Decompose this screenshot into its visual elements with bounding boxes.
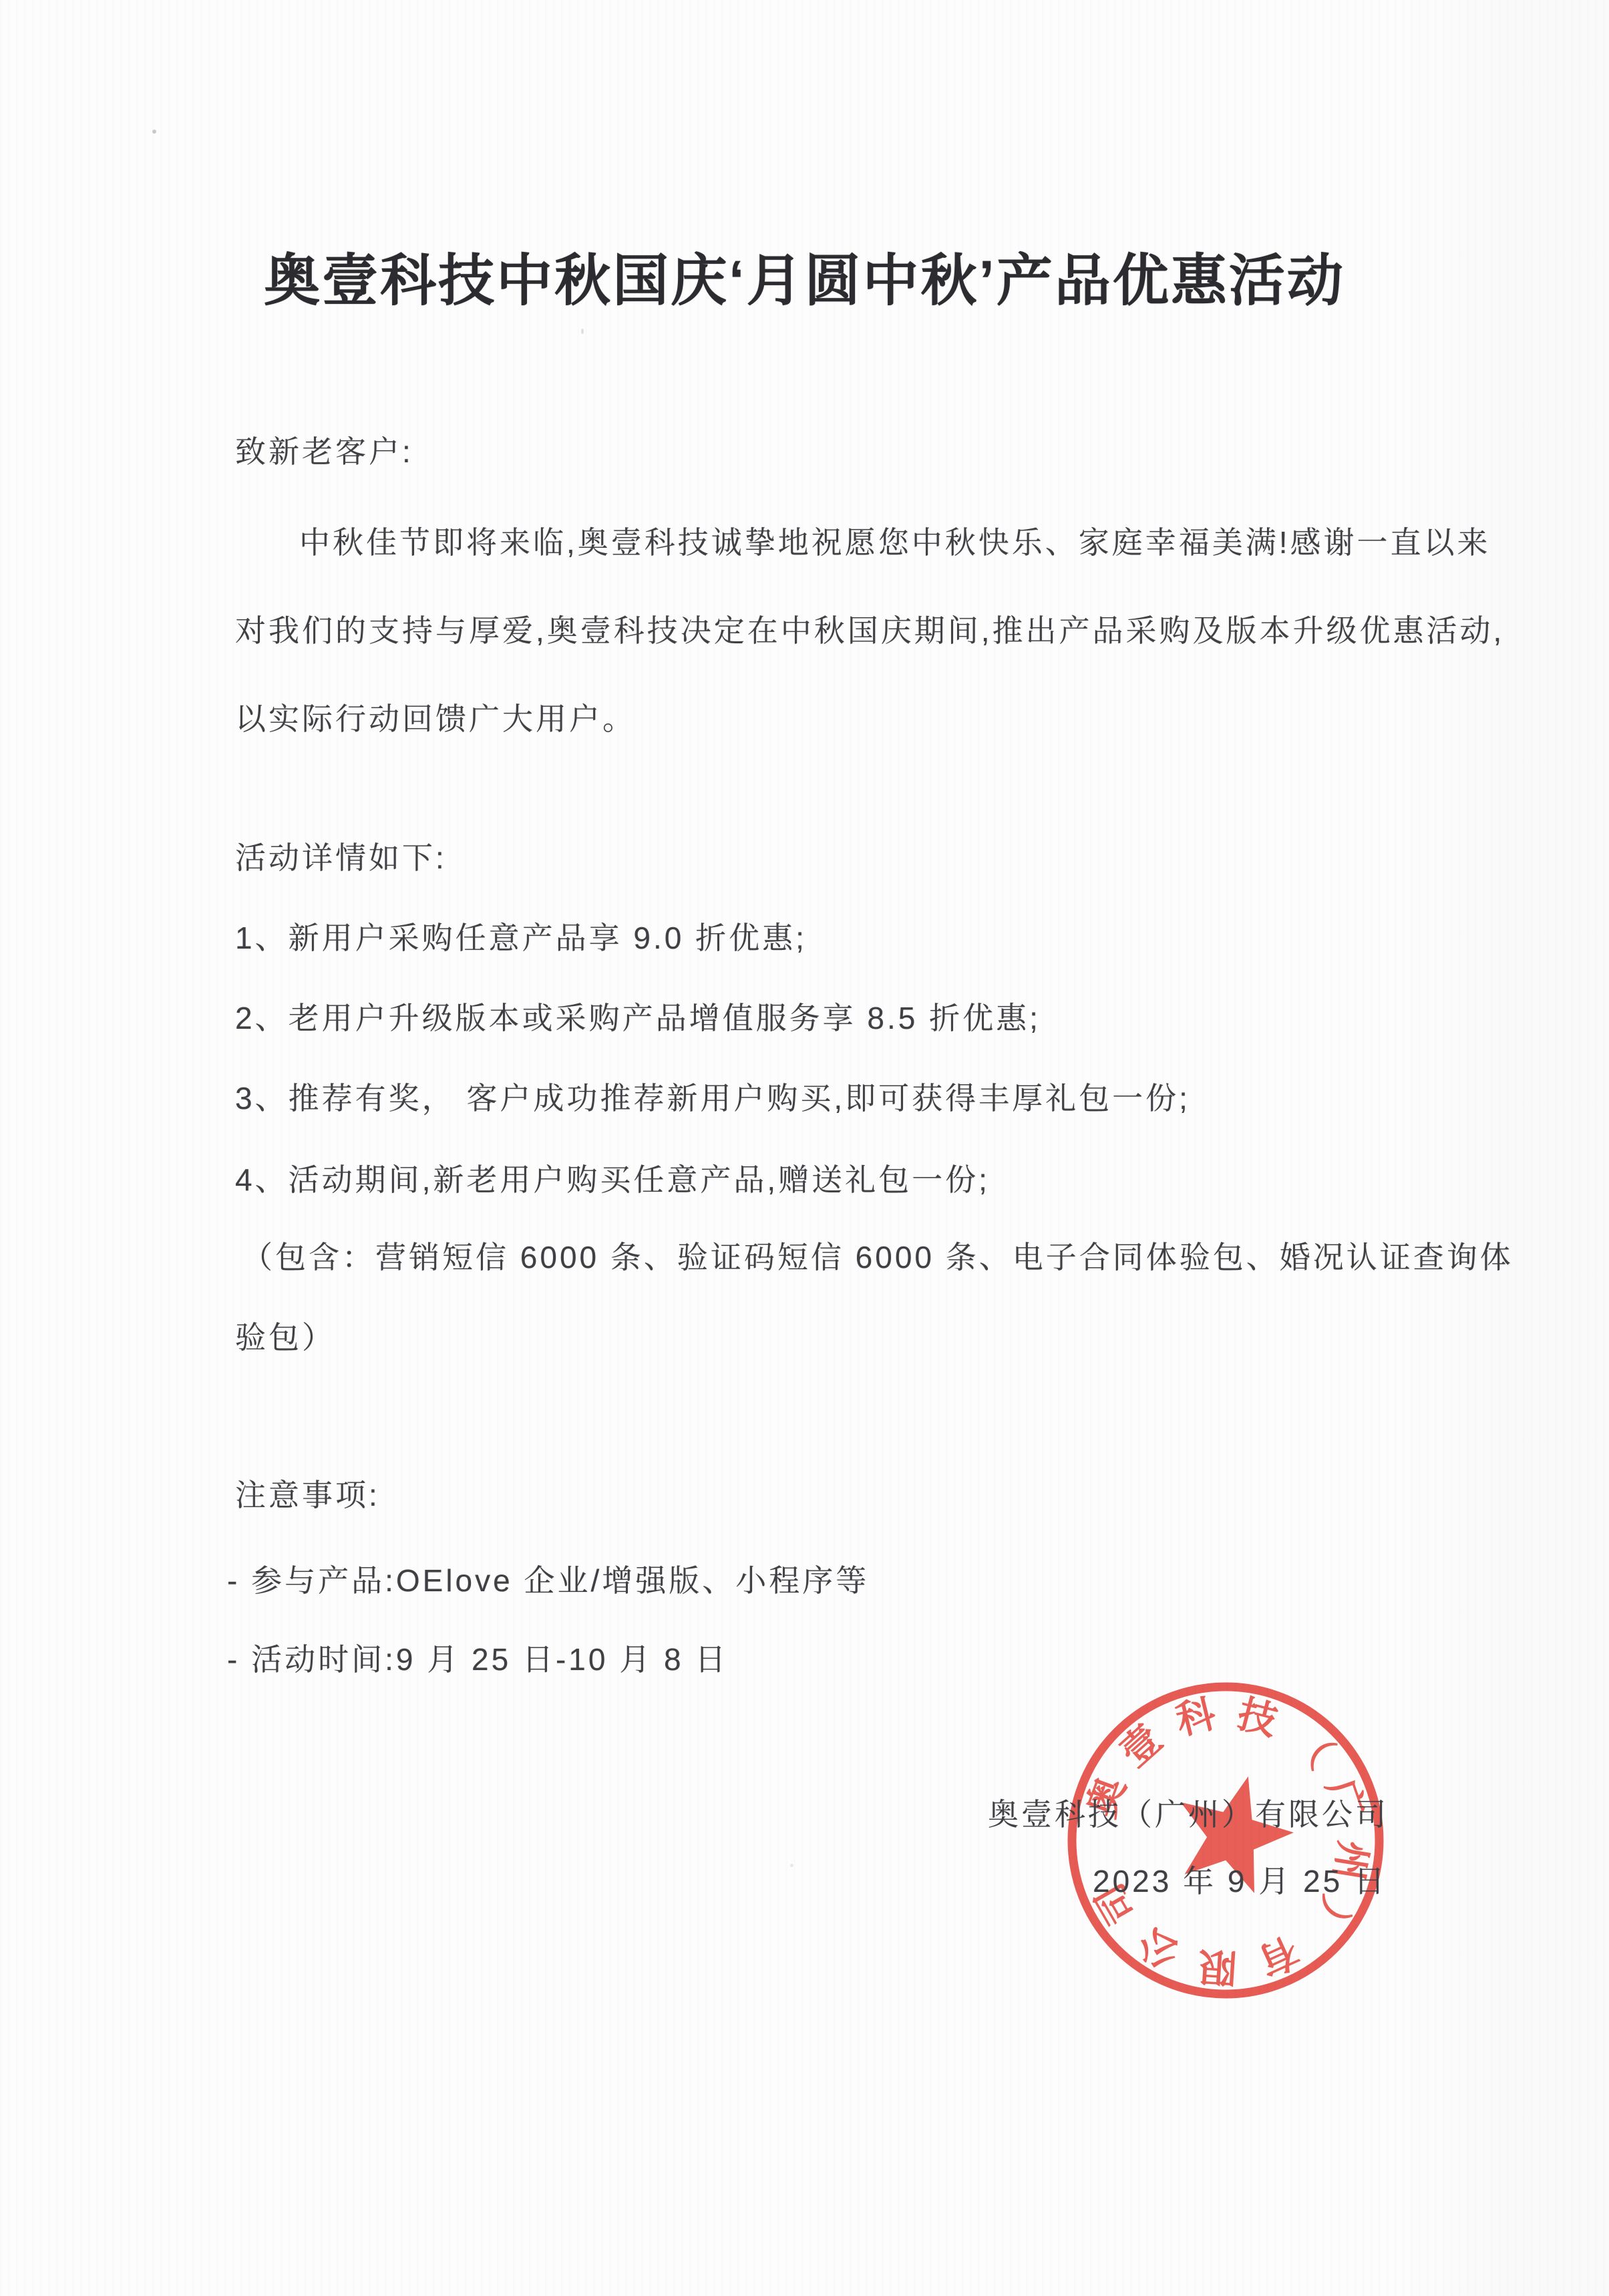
signature-date: 2023 年 9 月 25 日 (1093, 1864, 1387, 1899)
detail-item-3: 3、推荐有奖， 客户成功推荐新用户购买,即可获得丰厚礼包一份; (235, 1081, 1190, 1116)
gift-package-note-line-1: （包含：营销短信 6000 条、验证码短信 6000 条、电子合同体验包、婚况认… (242, 1240, 1513, 1275)
detail-item-2: 2、老用户升级版本或采购产品增值服务享 8.5 折优惠; (235, 1001, 1041, 1036)
salutation-line: 致新老客户: (235, 434, 413, 470)
scan-speck (581, 329, 584, 334)
note-item-1: - 参与产品:OElove 企业/增强版、小程序等 (227, 1563, 869, 1599)
intro-paragraph-line-2: 对我们的支持与厚爱,奥壹科技决定在中秋国庆期间,推出产品采购及版本升级优惠活动, (235, 613, 1504, 649)
scan-speck (152, 130, 156, 134)
document-title: 奥壹科技中秋国庆‘月圆中秋’产品优惠活动 (0, 249, 1609, 313)
detail-item-1: 1、新用户采购任意产品享 9.0 折优惠; (235, 921, 807, 956)
details-heading: 活动详情如下: (235, 840, 447, 876)
company-seal: 奥壹科技（广州）有限公司 (1059, 1673, 1393, 2007)
company-seal-graphic: 奥壹科技（广州）有限公司 (1059, 1673, 1393, 2007)
intro-paragraph-line-3: 以实际行动回馈广大用户。 (235, 701, 636, 737)
gift-package-note-line-2: 验包） (235, 1320, 335, 1355)
intro-paragraph-line-1: 中秋佳节即将来临,奥壹科技诚挚地祝愿您中秋快乐、家庭幸福美满!感谢一直以来 (299, 525, 1491, 560)
note-item-2: - 活动时间:9 月 25 日-10 月 8 日 (227, 1642, 728, 1677)
svg-text:技: 技 (1233, 1692, 1281, 1744)
scanned-document-page: 奥壹科技中秋国庆‘月圆中秋’产品优惠活动 致新老客户: 中秋佳节即将来临,奥壹科… (0, 0, 1609, 2296)
svg-text:限: 限 (1197, 1944, 1238, 1990)
scan-speck (790, 1864, 793, 1867)
svg-text:科: 科 (1172, 1691, 1220, 1743)
notes-heading: 注意事项: (235, 1478, 380, 1513)
detail-item-4: 4、活动期间,新老用户购买任意产品,赠送礼包一份; (235, 1162, 990, 1198)
signature-company-name: 奥壹科技（广州）有限公司 (988, 1797, 1389, 1832)
